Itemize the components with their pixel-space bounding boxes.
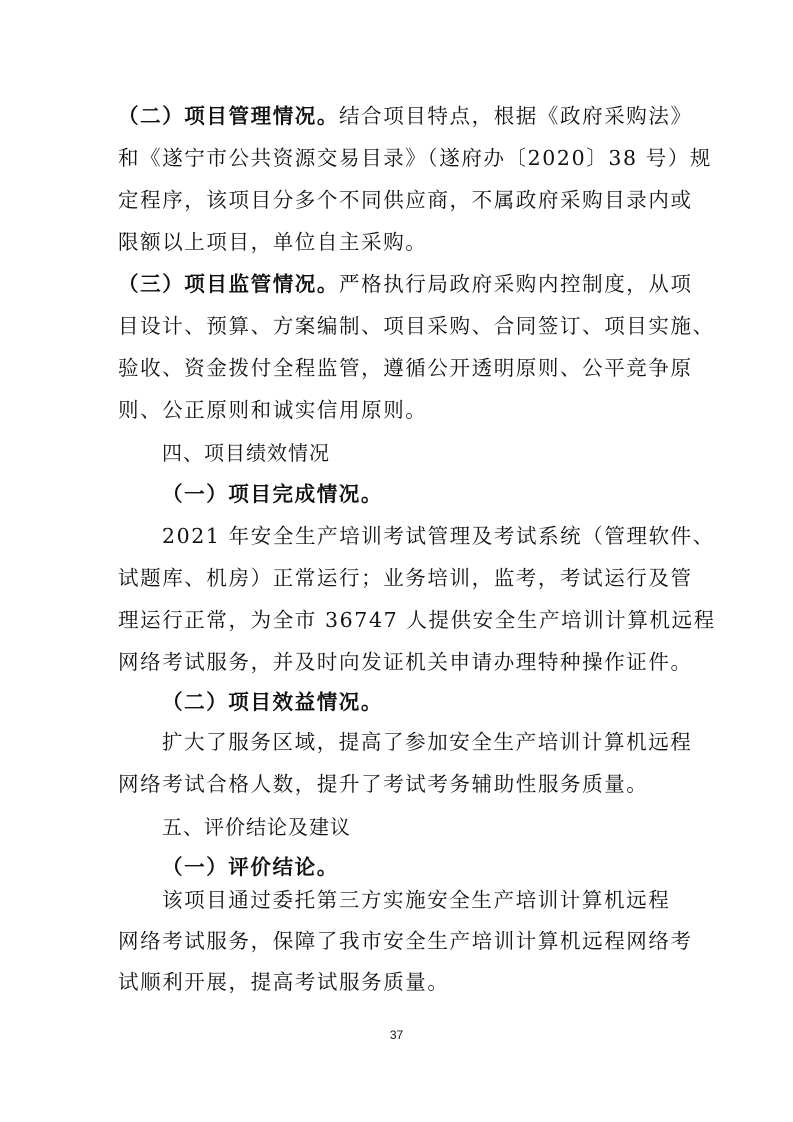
section-heading: 五、评价结论及建议 [162,813,722,841]
paragraph-line: 网络考试服务，并及时向发证机关申请办理特种操作证件。 [118,648,678,676]
paragraph-line: 目设计、预算、方案编制、项目采购、合同签订、项目实施、 [118,312,678,340]
paragraph-line: 理运行正常，为全市 36747 人提供安全生产培训计算机远程 [118,606,678,634]
subsection-title: （一）项目完成情况。 [162,480,722,508]
paragraph-line: 2021 年安全生产培训考试管理及考试系统（管理软件、 [162,522,722,550]
paragraph-line: 该项目通过委托第三方实施安全生产培训计算机远程 [162,886,722,914]
paragraph-line: 试题库、机房）正常运行；业务培训，监考，考试运行及管 [118,564,678,592]
paragraph-line: 扩大了服务区域，提高了参加安全生产培训计算机远程 [162,728,722,756]
paragraph-text: 结合项目特点，根据《政府采购法》 [339,104,693,128]
paragraph-line: 则、公正原则和诚实信用原则。 [118,396,678,424]
paragraph-line: 试顺利开展，提高考试服务质量。 [118,968,678,996]
paragraph-line: 限额以上项目，单位自主采购。 [118,228,678,256]
paragraph-line: 定程序，该项目分多个不同供应商，不属政府采购目录内或 [118,186,678,214]
subsection-title: （一）评价结论。 [162,853,722,881]
paragraph-line: 验收、资金拨付全程监管，遵循公开透明原则、公平竞争原 [118,354,678,382]
subsection-title: （二）项目效益情况。 [162,688,722,716]
paragraph-line: 和《遂宁市公共资源交易目录》（遂府办〔2020〕38 号）规 [118,144,678,172]
page-number: 37 [0,1028,793,1042]
paragraph-line: 网络考试合格人数，提升了考试考务辅助性服务质量。 [118,770,678,798]
paragraph-text: 严格执行局政府采购内控制度，从项 [339,272,693,296]
section-heading: 四、项目绩效情况 [162,439,722,467]
section-title: （三）项目监管情况。 [118,272,339,296]
section-title: （二）项目管理情况。 [118,104,339,128]
paragraph-line: （二）项目管理情况。结合项目特点，根据《政府采购法》 [118,102,678,130]
paragraph-line: 网络考试服务，保障了我市安全生产培训计算机远程网络考 [118,927,678,955]
paragraph-line: （三）项目监管情况。严格执行局政府采购内控制度，从项 [118,270,678,298]
